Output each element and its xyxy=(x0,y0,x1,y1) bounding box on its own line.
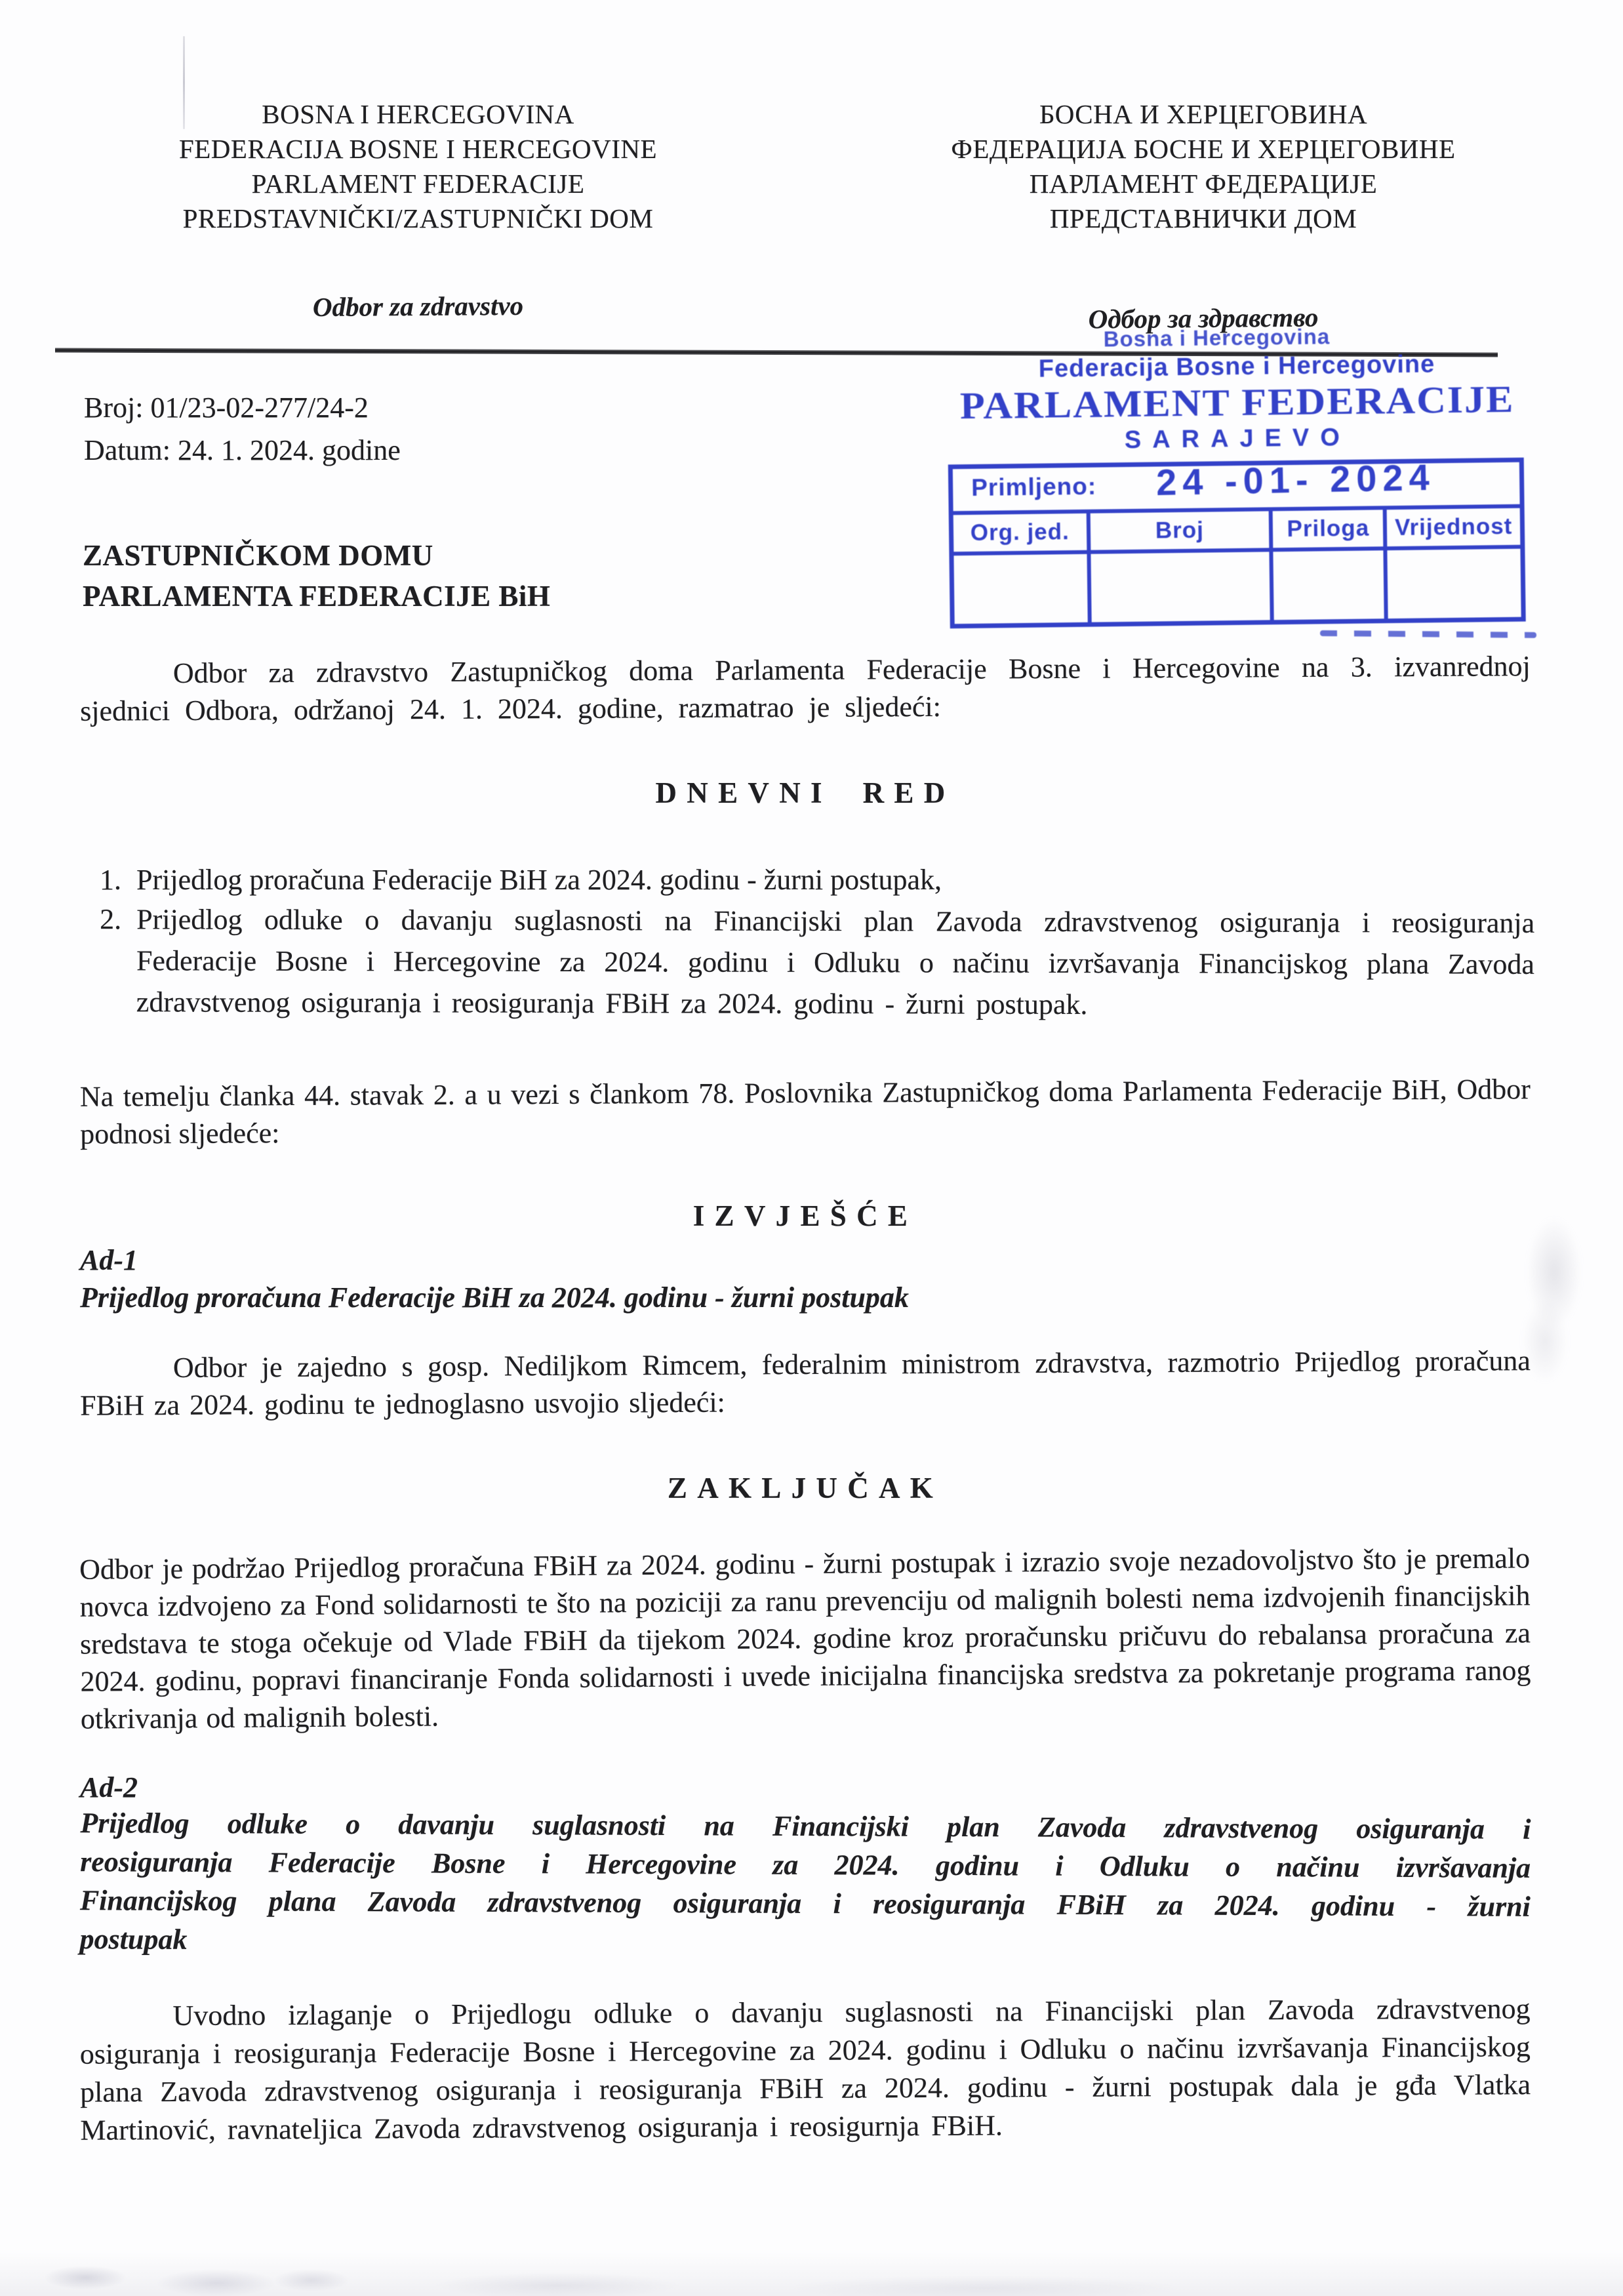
committee-name-latin: Odbor za zdravstvo xyxy=(85,288,751,324)
receipt-stamp: Bosna i Hercegovina Federacija Bosne i H… xyxy=(946,322,1530,629)
letterhead-latin-line-4: PREDSTAVNIČKI/ZASTUPNIČKI DOM xyxy=(85,201,751,236)
stamp-col-broj: Broj xyxy=(1088,509,1271,552)
agenda-item-1-number: 1. xyxy=(100,859,121,900)
stamp-received-label: Primljeno: xyxy=(971,473,1096,502)
agenda-item-1: 1. Prijedlog proračuna Federacije BiH za… xyxy=(80,859,1534,900)
ad2-subject: Prijedlog odluke o davanju suglasnosti n… xyxy=(79,1803,1531,1965)
agenda-title: DNEVNI RED xyxy=(80,776,1531,810)
scan-smudge-bottom xyxy=(0,2237,1623,2296)
stamp-col-priloga: Priloga xyxy=(1271,508,1386,550)
letterhead-latin-line-2: FEDERACIJA BOSNE I HERCEGOVINE xyxy=(85,132,751,167)
document-number: Broj: 01/23-02-277/24-2 xyxy=(84,391,369,424)
report-title: IZVJEŠĆE xyxy=(80,1199,1531,1233)
stamp-ink-smear xyxy=(1320,630,1536,638)
stamp-empty-cell-1 xyxy=(952,552,1089,626)
ad1-label: Ad-1 xyxy=(80,1241,1531,1279)
letterhead-latin: BOSNA I HERCEGOVINA FEDERACIJA BOSNE I H… xyxy=(85,97,751,236)
stamp-empty-cell-3 xyxy=(1272,548,1387,622)
agenda-item-2-text: Prijedlog odluke o davanju suglasnosti n… xyxy=(136,903,1534,1020)
conclusion-title: ZAKLJUČAK xyxy=(80,1471,1531,1505)
letterhead-latin-line-1: BOSNA I HERCEGOVINA xyxy=(85,97,751,132)
recipient-line-2: PARLAMENTA FEDERACIJE BiH xyxy=(83,576,550,616)
agenda-item-2: 2. Prijedlog odluke o davanju suglasnost… xyxy=(80,898,1534,1026)
letterhead-cyrillic: БОСНА И ХЕРЦЕГОВИНА ФЕДЕРАЦИЈА БОСНЕ И Х… xyxy=(866,97,1541,236)
intro-paragraph: Odbor za zdravstvo Zastupničkog doma Par… xyxy=(80,647,1531,730)
stamp-table: Primljeno: 24 -01- 2024 Org. jed. Broj P… xyxy=(948,458,1526,629)
ad2-body-paragraph: Uvodno izlaganje o Prijedlogu odluke o d… xyxy=(79,1990,1531,2150)
stamp-empty-cell-2 xyxy=(1089,550,1272,624)
letterhead-latin-line-3: PARLAMENT FEDERACIJE xyxy=(85,167,751,201)
stamp-empty-cell-4 xyxy=(1386,547,1523,621)
scanned-document-page: BOSNA I HERCEGOVINA FEDERACIJA BOSNE I H… xyxy=(0,0,1623,2296)
letterhead-cyrillic-line-2: ФЕДЕРАЦИЈА БОСНЕ И ХЕРЦЕГОВИНЕ xyxy=(866,132,1541,167)
stamp-col-vrijednost: Vrijednost xyxy=(1385,506,1523,549)
ad1-body-paragraph: Odbor je zajedno s gosp. Nediljkom Rimce… xyxy=(80,1342,1531,1424)
stamp-col-org-jed: Org. jed. xyxy=(951,512,1089,554)
ad1-subject: Prijedlog proračuna Federacije BiH za 20… xyxy=(80,1279,1531,1316)
agenda-list: 1. Prijedlog proračuna Federacije BiH za… xyxy=(80,859,1534,1024)
conclusion-paragraph: Odbor je podržao Prijedlog proračuna FBi… xyxy=(79,1539,1531,1737)
letterhead-cyrillic-line-1: БОСНА И ХЕРЦЕГОВИНА xyxy=(866,97,1541,132)
stamp-parliament-line: PARLAMENT FEDERACIJE xyxy=(947,378,1527,429)
basis-paragraph: Na temelju članka 44. stavak 2. a u vezi… xyxy=(80,1070,1531,1153)
stamp-received-date: 24 -01- 2024 xyxy=(1156,456,1436,504)
agenda-item-1-text: Prijedlog proračuna Federacije BiH za 20… xyxy=(136,864,942,896)
agenda-item-2-number: 2. xyxy=(100,898,121,940)
recipient-block: ZASTUPNIČKOM DOMU PARLAMENTA FEDERACIJE … xyxy=(83,535,550,616)
document-date: Datum: 24. 1. 2024. godine xyxy=(84,433,401,467)
ad2-label: Ad-2 xyxy=(80,1769,1531,1806)
letterhead-cyrillic-line-3: ПАРЛАМЕНТ ФЕДЕРАЦИЈЕ xyxy=(866,167,1541,201)
stamp-received-row: Primljeno: 24 -01- 2024 xyxy=(950,460,1522,513)
letterhead-cyrillic-line-4: ПРЕДСТАВНИЧКИ ДОМ xyxy=(866,201,1541,236)
recipient-line-1: ZASTUPNIČKOM DOMU xyxy=(83,535,550,576)
